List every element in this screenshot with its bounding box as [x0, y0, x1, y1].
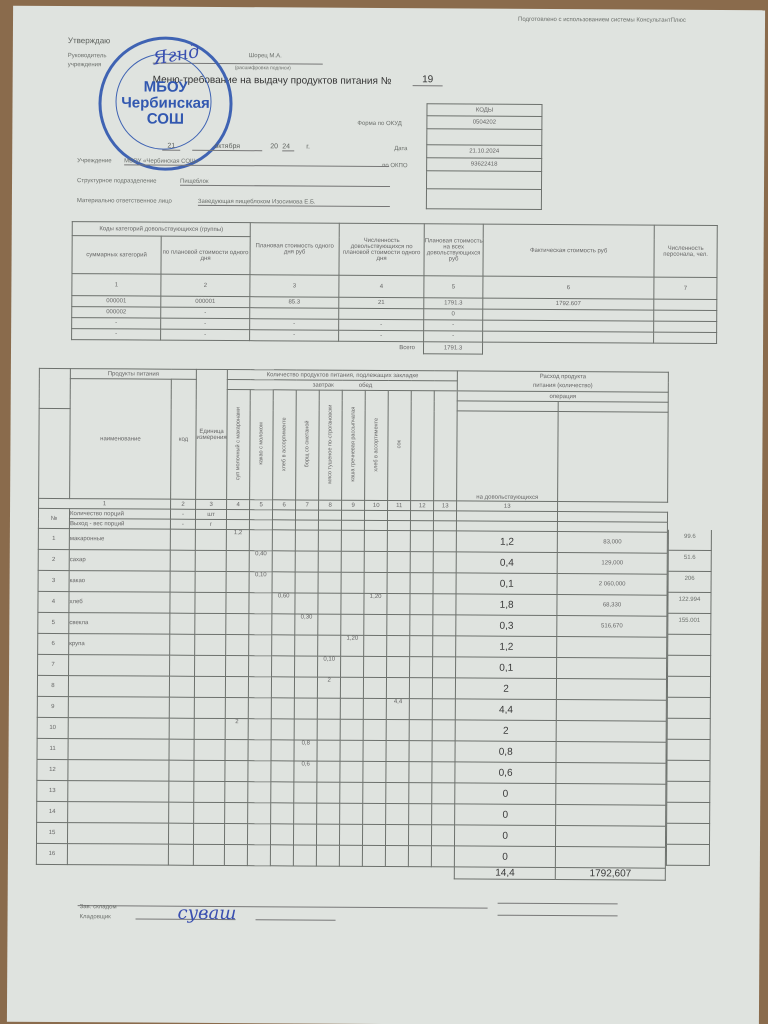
row-sums-column: 99.651.6206122.994155.001: [666, 530, 712, 866]
header-note: Подготовлено с использованием системы Ко…: [518, 17, 686, 24]
dish-header: хлеб в ассортименте: [365, 390, 389, 500]
date-year: 24: [282, 143, 294, 151]
dish-header: [411, 391, 435, 501]
row-sum: [666, 761, 710, 782]
date-suffix: г.: [306, 144, 310, 151]
total-label: Всего: [71, 340, 423, 354]
approve-label: Утверждаю: [68, 36, 110, 45]
row-sum: 206: [668, 572, 712, 593]
row-sum: [666, 782, 710, 803]
total-sum: 1792,607: [555, 868, 665, 881]
row-sum: [666, 845, 710, 866]
codes-table: КОДЫ 0504202 21.10.2024 93622418: [426, 103, 543, 210]
row-sum: 51.6: [668, 551, 712, 572]
date-month: октября: [192, 143, 262, 151]
division-value: Пищеблок: [180, 179, 390, 187]
row-sum: [667, 740, 711, 761]
row-sum: 99.6: [668, 530, 712, 551]
okpo-code: 93622418: [427, 158, 542, 172]
row-sum: 122.994: [667, 593, 711, 614]
dish-header: мясо тушеное по-строгановски: [319, 390, 343, 500]
row-sum: [666, 803, 710, 824]
dish-header: сок: [388, 391, 412, 501]
document-page: Подготовлено с использованием системы Ко…: [7, 6, 765, 1024]
signature-caption: (расшифровка подписи): [235, 65, 291, 71]
date-day: 21: [162, 143, 180, 151]
recipient-label: Кладовщик: [80, 914, 111, 920]
dish-header: [434, 391, 458, 501]
dish-header: хлеб в ассортименте: [273, 390, 297, 500]
row-sum: [667, 719, 711, 740]
dish-header: борщ со сметаной: [296, 390, 320, 500]
row-sum: 155.001: [667, 614, 711, 635]
row-sum: [667, 698, 711, 719]
row-sum: [667, 635, 711, 656]
date-year-prefix: 20: [270, 143, 278, 150]
row-sum: [667, 677, 711, 698]
date-label: Дата: [394, 146, 407, 152]
head-name: Шорец М.А.: [249, 53, 282, 59]
row-sum: [666, 824, 710, 845]
recipient-signature: суваш: [178, 903, 237, 924]
chef-label: Зав. складом: [80, 904, 117, 910]
unit-header: Единица измерения: [196, 369, 228, 499]
dish-header: каша гречневая рассыпчатая: [342, 390, 366, 500]
date-code: 21.10.2024: [427, 145, 542, 159]
okud-label: Форма по ОКУД: [357, 121, 401, 127]
okud-code: 0504202: [427, 116, 542, 130]
row-sum: [667, 656, 711, 677]
division-label: Структурное подразделение: [77, 178, 156, 184]
institution-label: Учреждение: [77, 158, 111, 164]
summary-table: Коды категорий довольствующихся (группы)…: [71, 221, 718, 356]
dish-header: суп молочный с макаронами: [227, 390, 251, 500]
dish-header: какао с молоком: [250, 390, 274, 500]
products-table: Продукты питания Единица измерения Колич…: [36, 368, 669, 881]
responsible-label: Материально ответственное лицо: [77, 198, 172, 205]
total-quantity: 14,4: [454, 867, 555, 880]
plan-total-value: 1791.3: [423, 342, 482, 354]
document-number: 19: [413, 74, 443, 86]
head-label: Руководитель учреждения: [68, 52, 106, 70]
responsible-value: Заведующая пищеблоком Изосимова Е.Б.: [198, 199, 390, 207]
